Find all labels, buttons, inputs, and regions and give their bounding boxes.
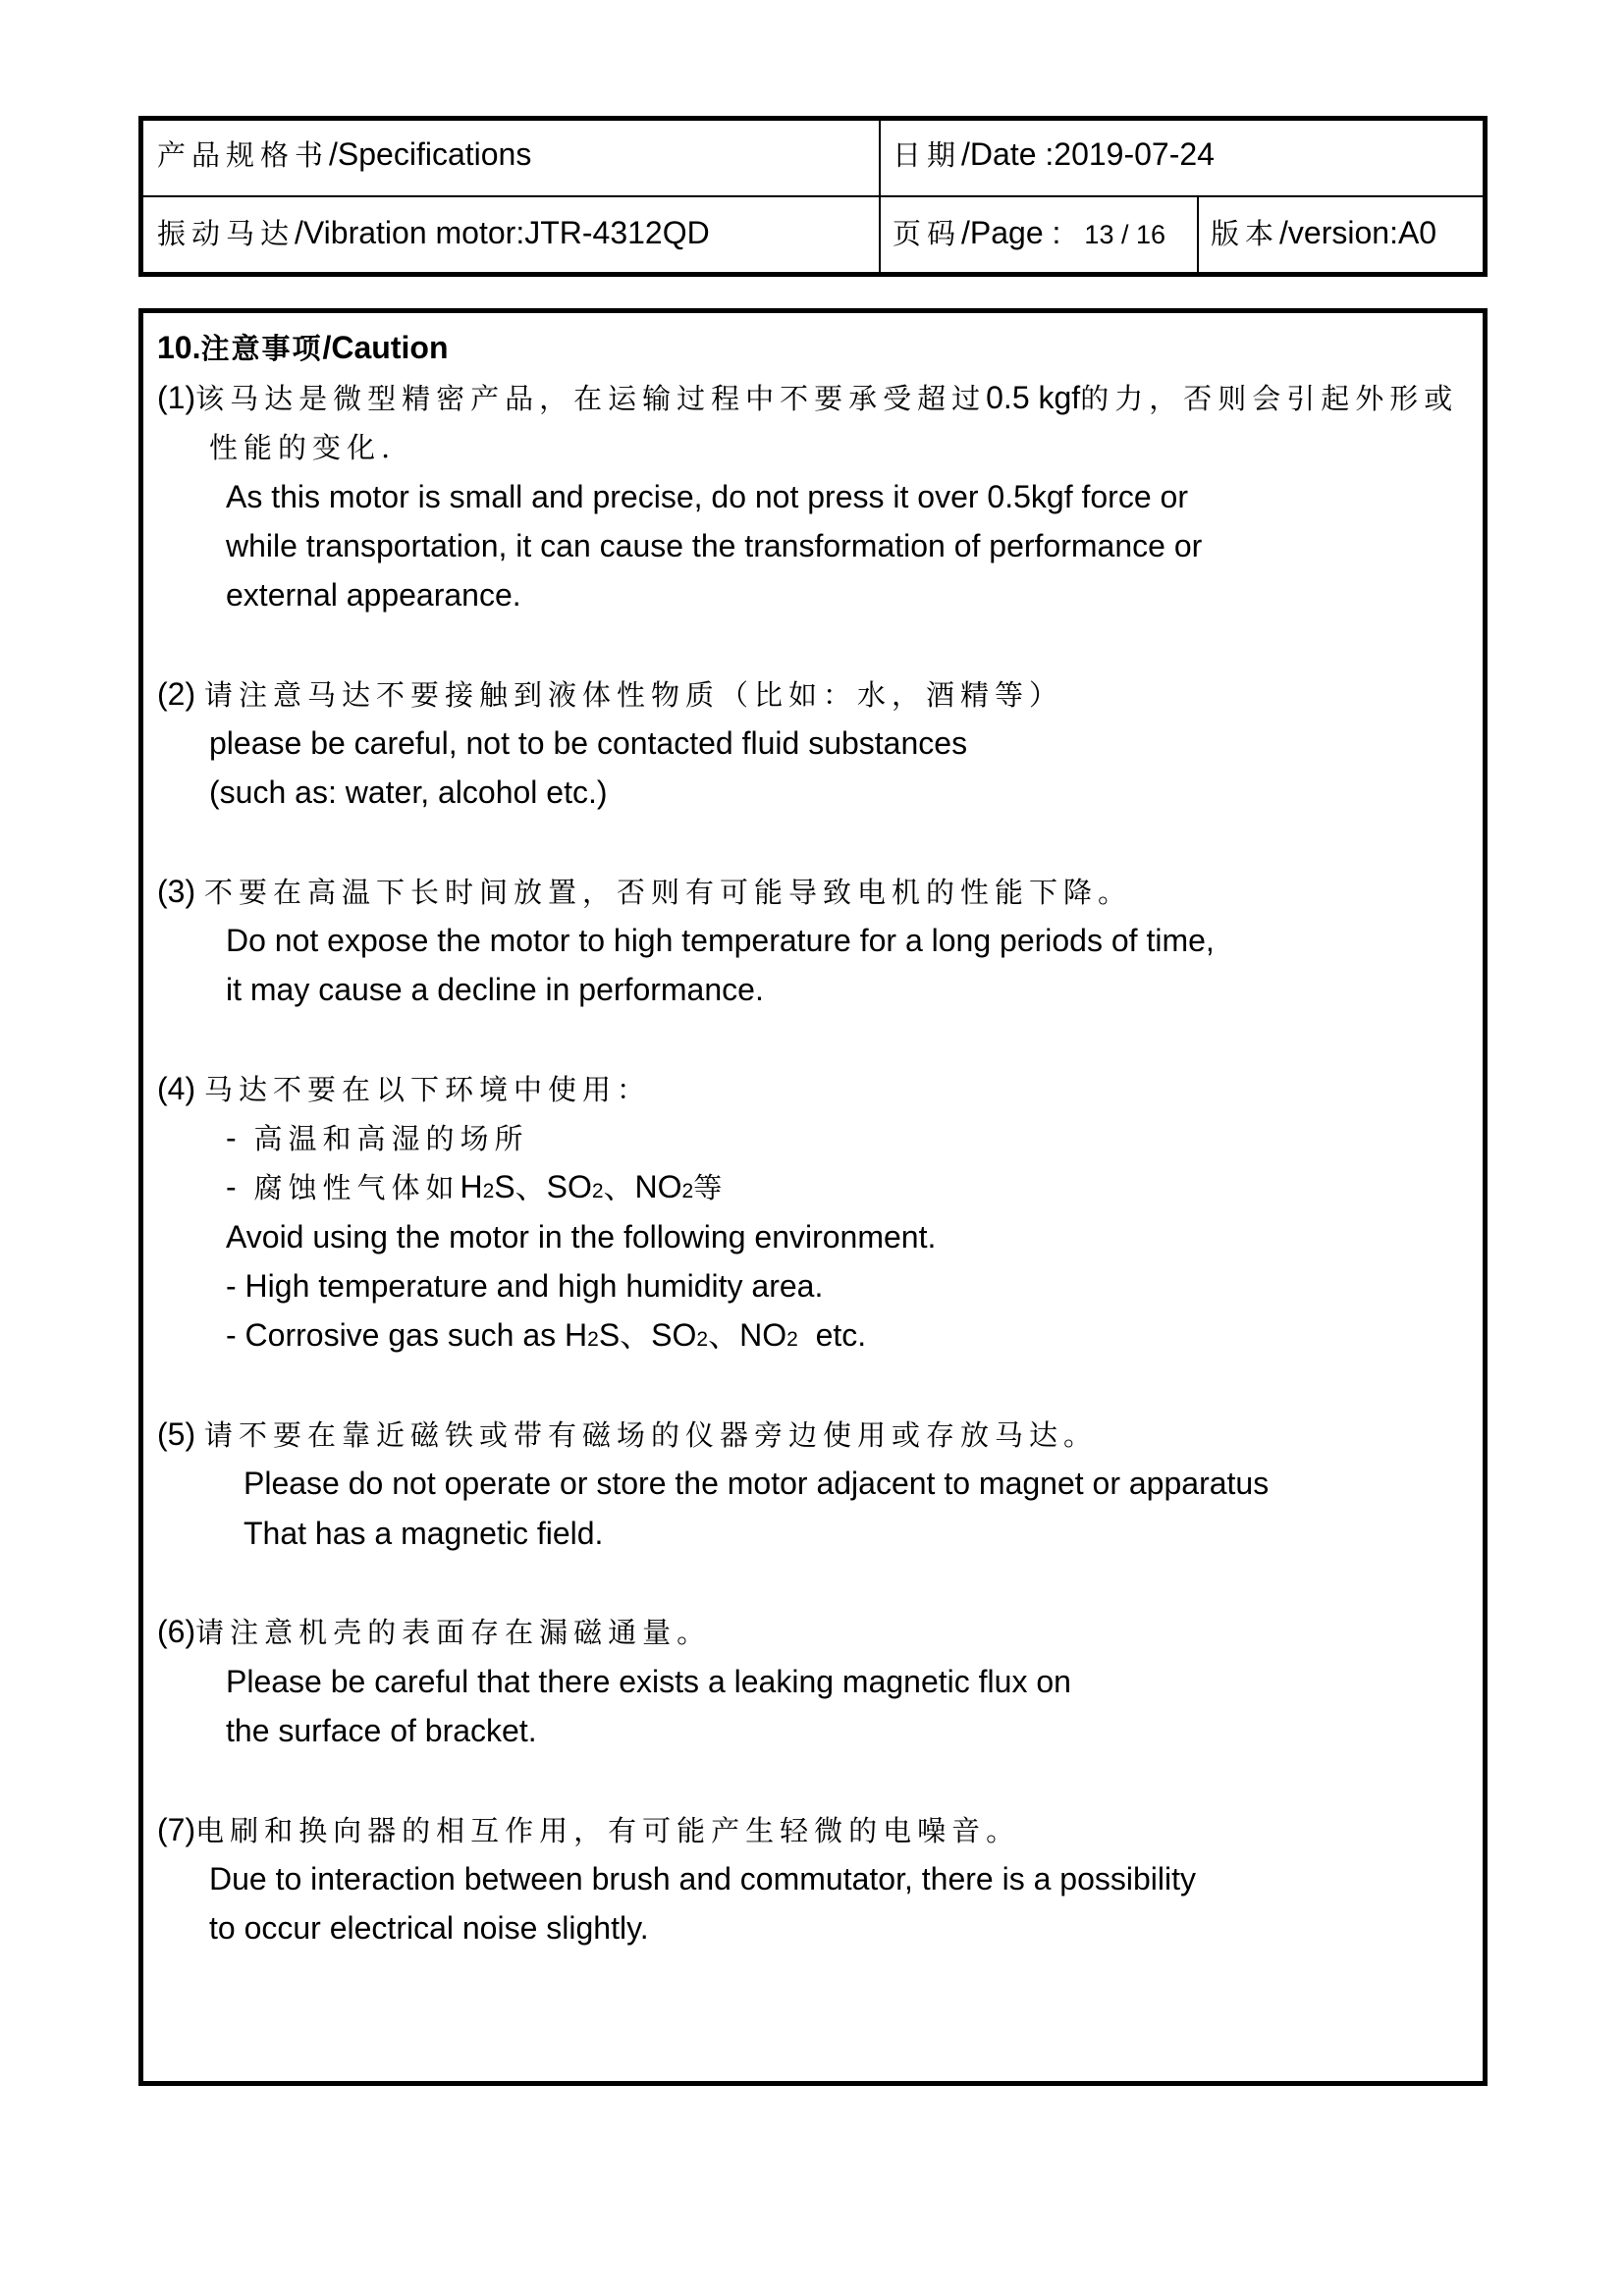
caution-1-en-line: As this motor is small and precise, do n… — [226, 477, 1188, 516]
caution-2-en-line: (such as: water, alcohol etc.) — [209, 773, 608, 812]
page-number-value: 13 / 16 — [1084, 220, 1165, 249]
header-row-divider — [143, 195, 1483, 197]
page-number-cell: 页码/Page :13 / 16 — [893, 213, 1165, 254]
spec-title-cell: 产品规格书/Specifications — [157, 134, 531, 175]
caution-3-en-line: it may cause a decline in performance. — [226, 970, 764, 1009]
caution-2-zh: (2) 请注意马达不要接触到液体性物质（比如：水，酒精等） — [157, 674, 1063, 715]
caution-7-zh: (7)电刷和换向器的相互作用，有可能产生轻微的电噪音。 — [157, 1810, 1020, 1850]
version-cell: 版本/version:A0 — [1211, 213, 1436, 253]
caution-6-zh: (6)请注意机壳的表面存在漏磁通量。 — [157, 1612, 711, 1652]
caution-1-zh-continued: 性能的变化. — [209, 427, 396, 467]
caution-1-zh: (1)该马达是微型精密产品，在运输过程中不要承受超过0.5 kgf的力，否则会引… — [157, 378, 1458, 418]
section-title: 10.注意事项/Caution — [157, 328, 448, 368]
caution-4-zh: (4) 马达不要在以下环境中使用： — [157, 1069, 651, 1109]
caution-4-en-bullet: - High temperature and high humidity are… — [226, 1266, 823, 1306]
caution-7-en-line: Due to interaction between brush and com… — [209, 1859, 1196, 1898]
caution-1-en-line: while transportation, it can cause the t… — [226, 526, 1202, 565]
caution-6-en-line: the surface of bracket. — [226, 1711, 537, 1750]
date-cell: 日期/Date :2019-07-24 — [893, 134, 1215, 175]
caution-2-en-line: please be careful, not to be contacted f… — [209, 723, 967, 763]
caution-6-en-line: Please be careful that there exists a le… — [226, 1662, 1071, 1701]
caution-3-en-line: Do not expose the motor to high temperat… — [226, 921, 1215, 960]
caution-3-zh: (3) 不要在高温下长时间放置，否则有可能导致电机的性能下降。 — [157, 872, 1132, 912]
header-column-divider — [879, 121, 881, 272]
document-header-table: 产品规格书/Specifications 日期/Date :2019-07-24… — [138, 116, 1488, 277]
caution-5-en-line: That has a magnetic field. — [244, 1514, 603, 1553]
caution-4-en-bullet: - Corrosive gas such as H2S、SO2、NO2 etc. — [226, 1315, 866, 1360]
caution-4-en-intro: Avoid using the motor in the following e… — [226, 1217, 936, 1256]
caution-5-en-line: Please do not operate or store the motor… — [244, 1464, 1269, 1503]
product-model-cell: 振动马达/Vibration motor:JTR-4312QD — [157, 213, 710, 253]
caution-1-en-line: external appearance. — [226, 575, 521, 614]
caution-4-zh-bullet: - 腐蚀性气体如H2S、SO2、NO2等 — [226, 1167, 728, 1211]
header-column-divider — [1197, 197, 1199, 272]
caution-section-box: 10.注意事项/Caution (1)该马达是微型精密产品，在运输过程中不要承受… — [138, 308, 1488, 2086]
caution-7-en-line: to occur electrical noise slightly. — [209, 1908, 649, 1948]
caution-5-zh: (5) 请不要在靠近磁铁或带有磁场的仪器旁边使用或存放马达。 — [157, 1415, 1098, 1455]
caution-4-zh-bullet: - 高温和高湿的场所 — [226, 1118, 528, 1158]
